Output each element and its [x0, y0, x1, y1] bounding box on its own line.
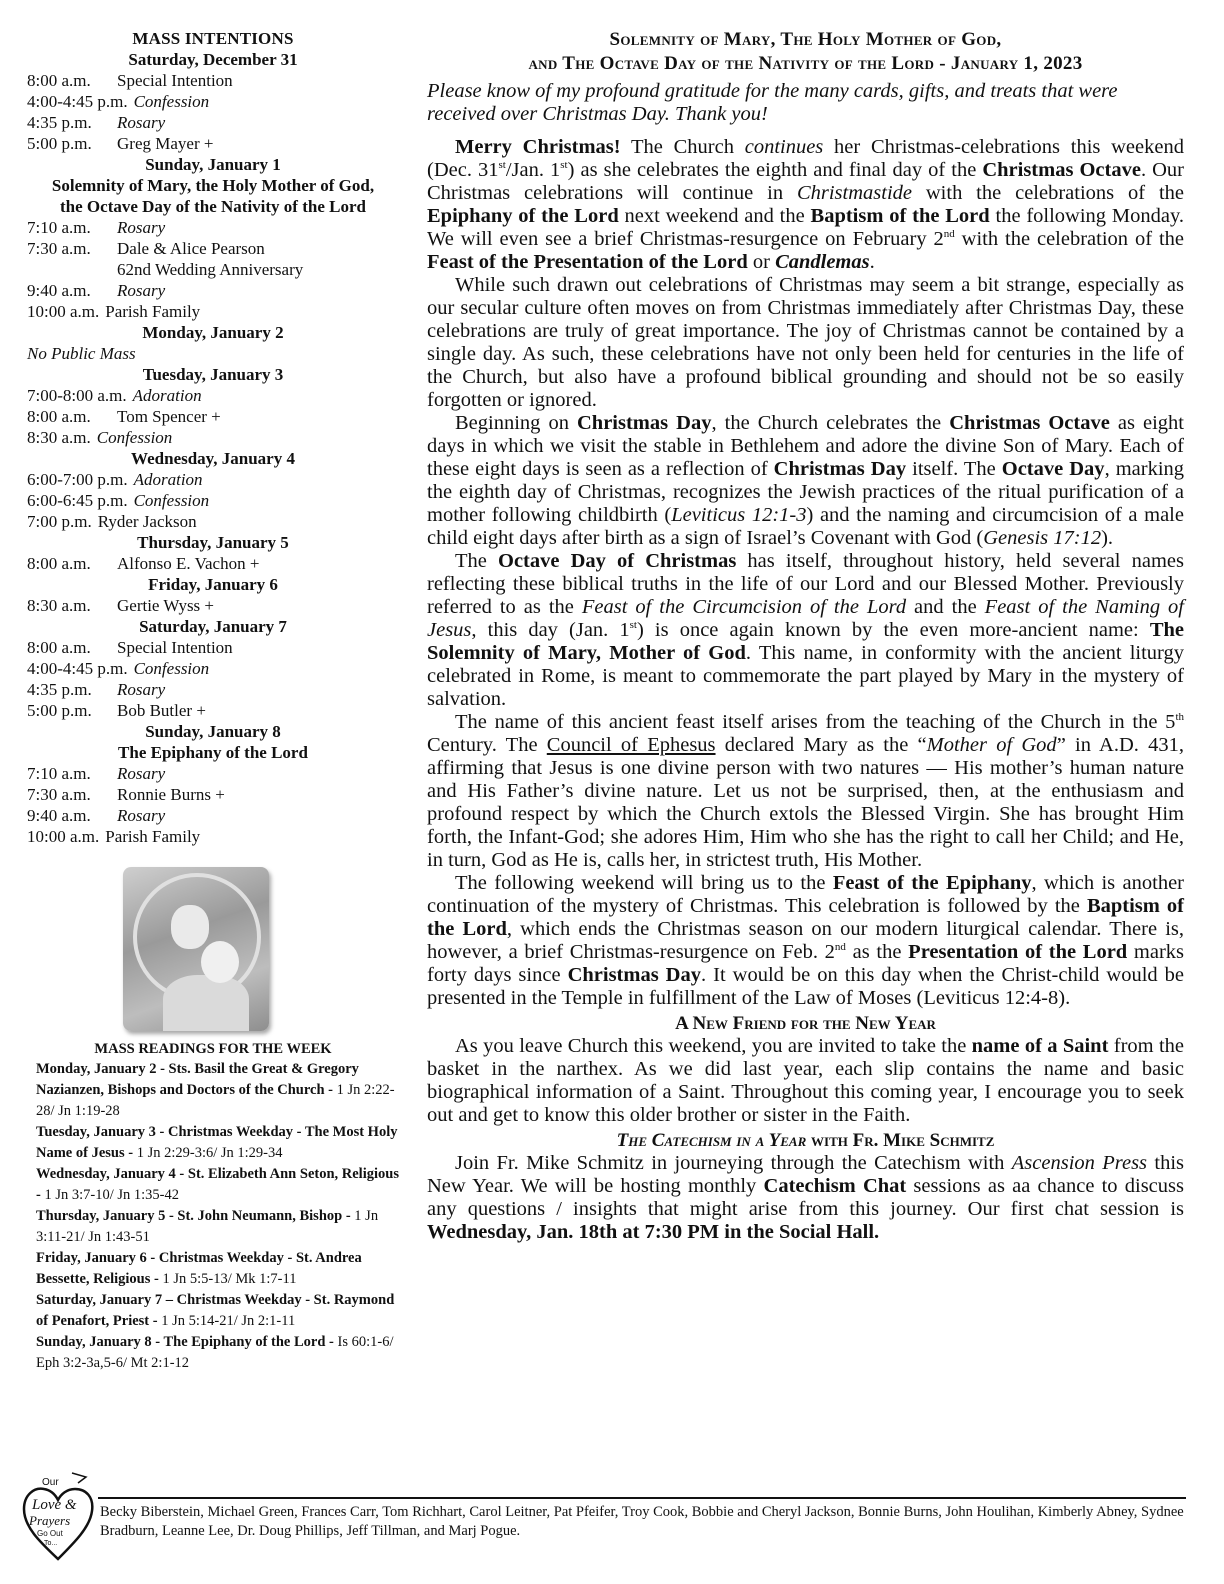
catechism-paragraph: Join Fr. Mike Schmitz in journeying thro… — [427, 1152, 1184, 1244]
catechism-title: The Catechism in a Year with Fr. Mike Sc… — [427, 1129, 1184, 1152]
svg-text:Go Out: Go Out — [37, 1529, 64, 1538]
council-of-ephesus-link: Council of Ephesus — [547, 734, 716, 756]
intention-entry: 7:00-8:00 a.m.Adoration — [27, 385, 399, 406]
day-heading: Tuesday, January 3 — [27, 364, 399, 385]
intention-day: Monday, January 2 No Public Mass — [27, 322, 399, 364]
article-paragraph: The following weekend will bring us to t… — [427, 872, 1184, 1010]
day-heading: Friday, January 6 — [27, 574, 399, 595]
left-column: MASS INTENTIONS Saturday, December 31 8:… — [27, 28, 399, 1374]
intention-entry: 7:10 a.m.Rosary — [27, 217, 399, 238]
child-face-shape — [201, 941, 239, 983]
reading-item: Wednesday, January 4 - St. Elizabeth Ann… — [36, 1164, 399, 1206]
reading-item: Tuesday, January 3 - Christmas Weekday -… — [36, 1122, 399, 1164]
new-friend-title: A New Friend for the New Year — [427, 1012, 1184, 1035]
svg-text:Prayers: Prayers — [28, 1513, 70, 1528]
intention-day: Saturday, December 31 8:00 a.m.Special I… — [27, 49, 399, 154]
day-feast: The Epiphany of the Lord — [27, 742, 399, 763]
intention-entry: 8:30 a.m.Gertie Wyss + — [27, 595, 399, 616]
day-heading: Saturday, December 31 — [27, 49, 399, 70]
intention-subtext: 62nd Wedding Anniversary — [27, 259, 399, 280]
intention-day: Tuesday, January 3 7:00-8:00 a.m.Adorati… — [27, 364, 399, 448]
svg-text:To...: To... — [44, 1540, 57, 1547]
intention-entry: 9:40 a.m.Rosary — [27, 805, 399, 826]
child-body-shape — [163, 975, 249, 1031]
prayer-list-footer: Our Love & Prayers Go Out To... Becky Bi… — [20, 1467, 1190, 1567]
day-heading: Sunday, January 1 — [27, 154, 399, 175]
intention-entry: 8:00 a.m.Special Intention — [27, 637, 399, 658]
day-heading: Saturday, January 7 — [27, 616, 399, 637]
intention-day: Wednesday, January 4 6:00-7:00 p.m.Adora… — [27, 448, 399, 532]
intention-entry: 6:00-6:45 p.m.Confession — [27, 490, 399, 511]
reading-item: Thursday, January 5 - St. John Neumann, … — [36, 1206, 399, 1248]
day-heading: Monday, January 2 — [27, 322, 399, 343]
reading-item: Sunday, January 8 - The Epiphany of the … — [36, 1332, 399, 1374]
intention-entry: 8:00 a.m.Alfonso E. Vachon + — [27, 553, 399, 574]
day-heading: Wednesday, January 4 — [27, 448, 399, 469]
article-paragraph: The Octave Day of Christmas has itself, … — [427, 550, 1184, 711]
intention-entry: 4:35 p.m.Rosary — [27, 112, 399, 133]
mass-intentions-title: MASS INTENTIONS — [27, 28, 399, 49]
intention-entry: 7:10 a.m.Rosary — [27, 763, 399, 784]
intention-day: Saturday, January 7 8:00 a.m.Special Int… — [27, 616, 399, 721]
article-paragraph: The name of this ancient feast itself ar… — [427, 711, 1184, 872]
svg-text:Love &: Love & — [31, 1497, 77, 1513]
prayer-names-list: Becky Biberstein, Michael Green, Frances… — [100, 1503, 1190, 1541]
mass-readings-title: MASS READINGS FOR THE WEEK — [27, 1039, 399, 1059]
intention-entry: 5:00 p.m.Greg Mayer + — [27, 133, 399, 154]
footer-divider — [98, 1497, 1186, 1499]
intention-entry: 10:00 a.m.Parish Family — [27, 301, 399, 322]
intention-entry: 7:30 a.m.Dale & Alice Pearson — [27, 238, 399, 259]
reading-item: Monday, January 2 - Sts. Basil the Great… — [36, 1059, 399, 1122]
intention-entry: 4:35 p.m.Rosary — [27, 679, 399, 700]
intention-day: Sunday, January 8 The Epiphany of the Lo… — [27, 721, 399, 847]
svg-text:Our: Our — [42, 1477, 59, 1488]
mary-face-shape — [171, 905, 209, 949]
reading-item: Saturday, January 7 – Christmas Weekday … — [36, 1290, 399, 1332]
intention-entry: 7:30 a.m.Ronnie Burns + — [27, 784, 399, 805]
day-heading: Thursday, January 5 — [27, 532, 399, 553]
intention-entry: 8:00 a.m.Tom Spencer + — [27, 406, 399, 427]
intention-entry: 8:00 a.m.Special Intention — [27, 70, 399, 91]
article-paragraph: While such drawn out celebrations of Chr… — [427, 274, 1184, 412]
new-friend-paragraph: As you leave Church this weekend, you ar… — [427, 1035, 1184, 1127]
article-title: Solemnity of Mary, The Holy Mother of Go… — [427, 28, 1184, 76]
intention-entry: 9:40 a.m.Rosary — [27, 280, 399, 301]
day-heading: Sunday, January 8 — [27, 721, 399, 742]
intention-entry: 5:00 p.m.Bob Butler + — [27, 700, 399, 721]
day-feast: the Octave Day of the Nativity of the Lo… — [27, 196, 399, 217]
intention-day: Sunday, January 1 Solemnity of Mary, the… — [27, 154, 399, 322]
intention-entry: No Public Mass — [27, 343, 399, 364]
madonna-and-child-image — [123, 867, 269, 1031]
article-paragraph: Beginning on Christmas Day, the Church c… — [427, 412, 1184, 550]
intention-entry: 10:00 a.m.Parish Family — [27, 826, 399, 847]
intention-day: Thursday, January 5 8:00 a.m.Alfonso E. … — [27, 532, 399, 574]
intention-entry: 4:00-4:45 p.m.Confession — [27, 91, 399, 112]
intention-entry: 8:30 a.m.Confession — [27, 427, 399, 448]
article-paragraph: Merry Christmas! The Church continues he… — [427, 136, 1184, 274]
thank-you-note: Please know of my profound gratitude for… — [427, 80, 1184, 126]
intention-entry: 7:00 p.m.Ryder Jackson — [27, 511, 399, 532]
reading-item: Friday, January 6 - Christmas Weekday - … — [36, 1248, 399, 1290]
intention-entry: 6:00-7:00 p.m.Adoration — [27, 469, 399, 490]
intention-day: Friday, January 6 8:30 a.m.Gertie Wyss + — [27, 574, 399, 616]
heart-prayers-logo-icon: Our Love & Prayers Go Out To... — [20, 1467, 98, 1567]
day-feast: Solemnity of Mary, the Holy Mother of Go… — [27, 175, 399, 196]
intention-entry: 4:00-4:45 p.m.Confession — [27, 658, 399, 679]
right-column: Solemnity of Mary, The Holy Mother of Go… — [427, 28, 1184, 1244]
